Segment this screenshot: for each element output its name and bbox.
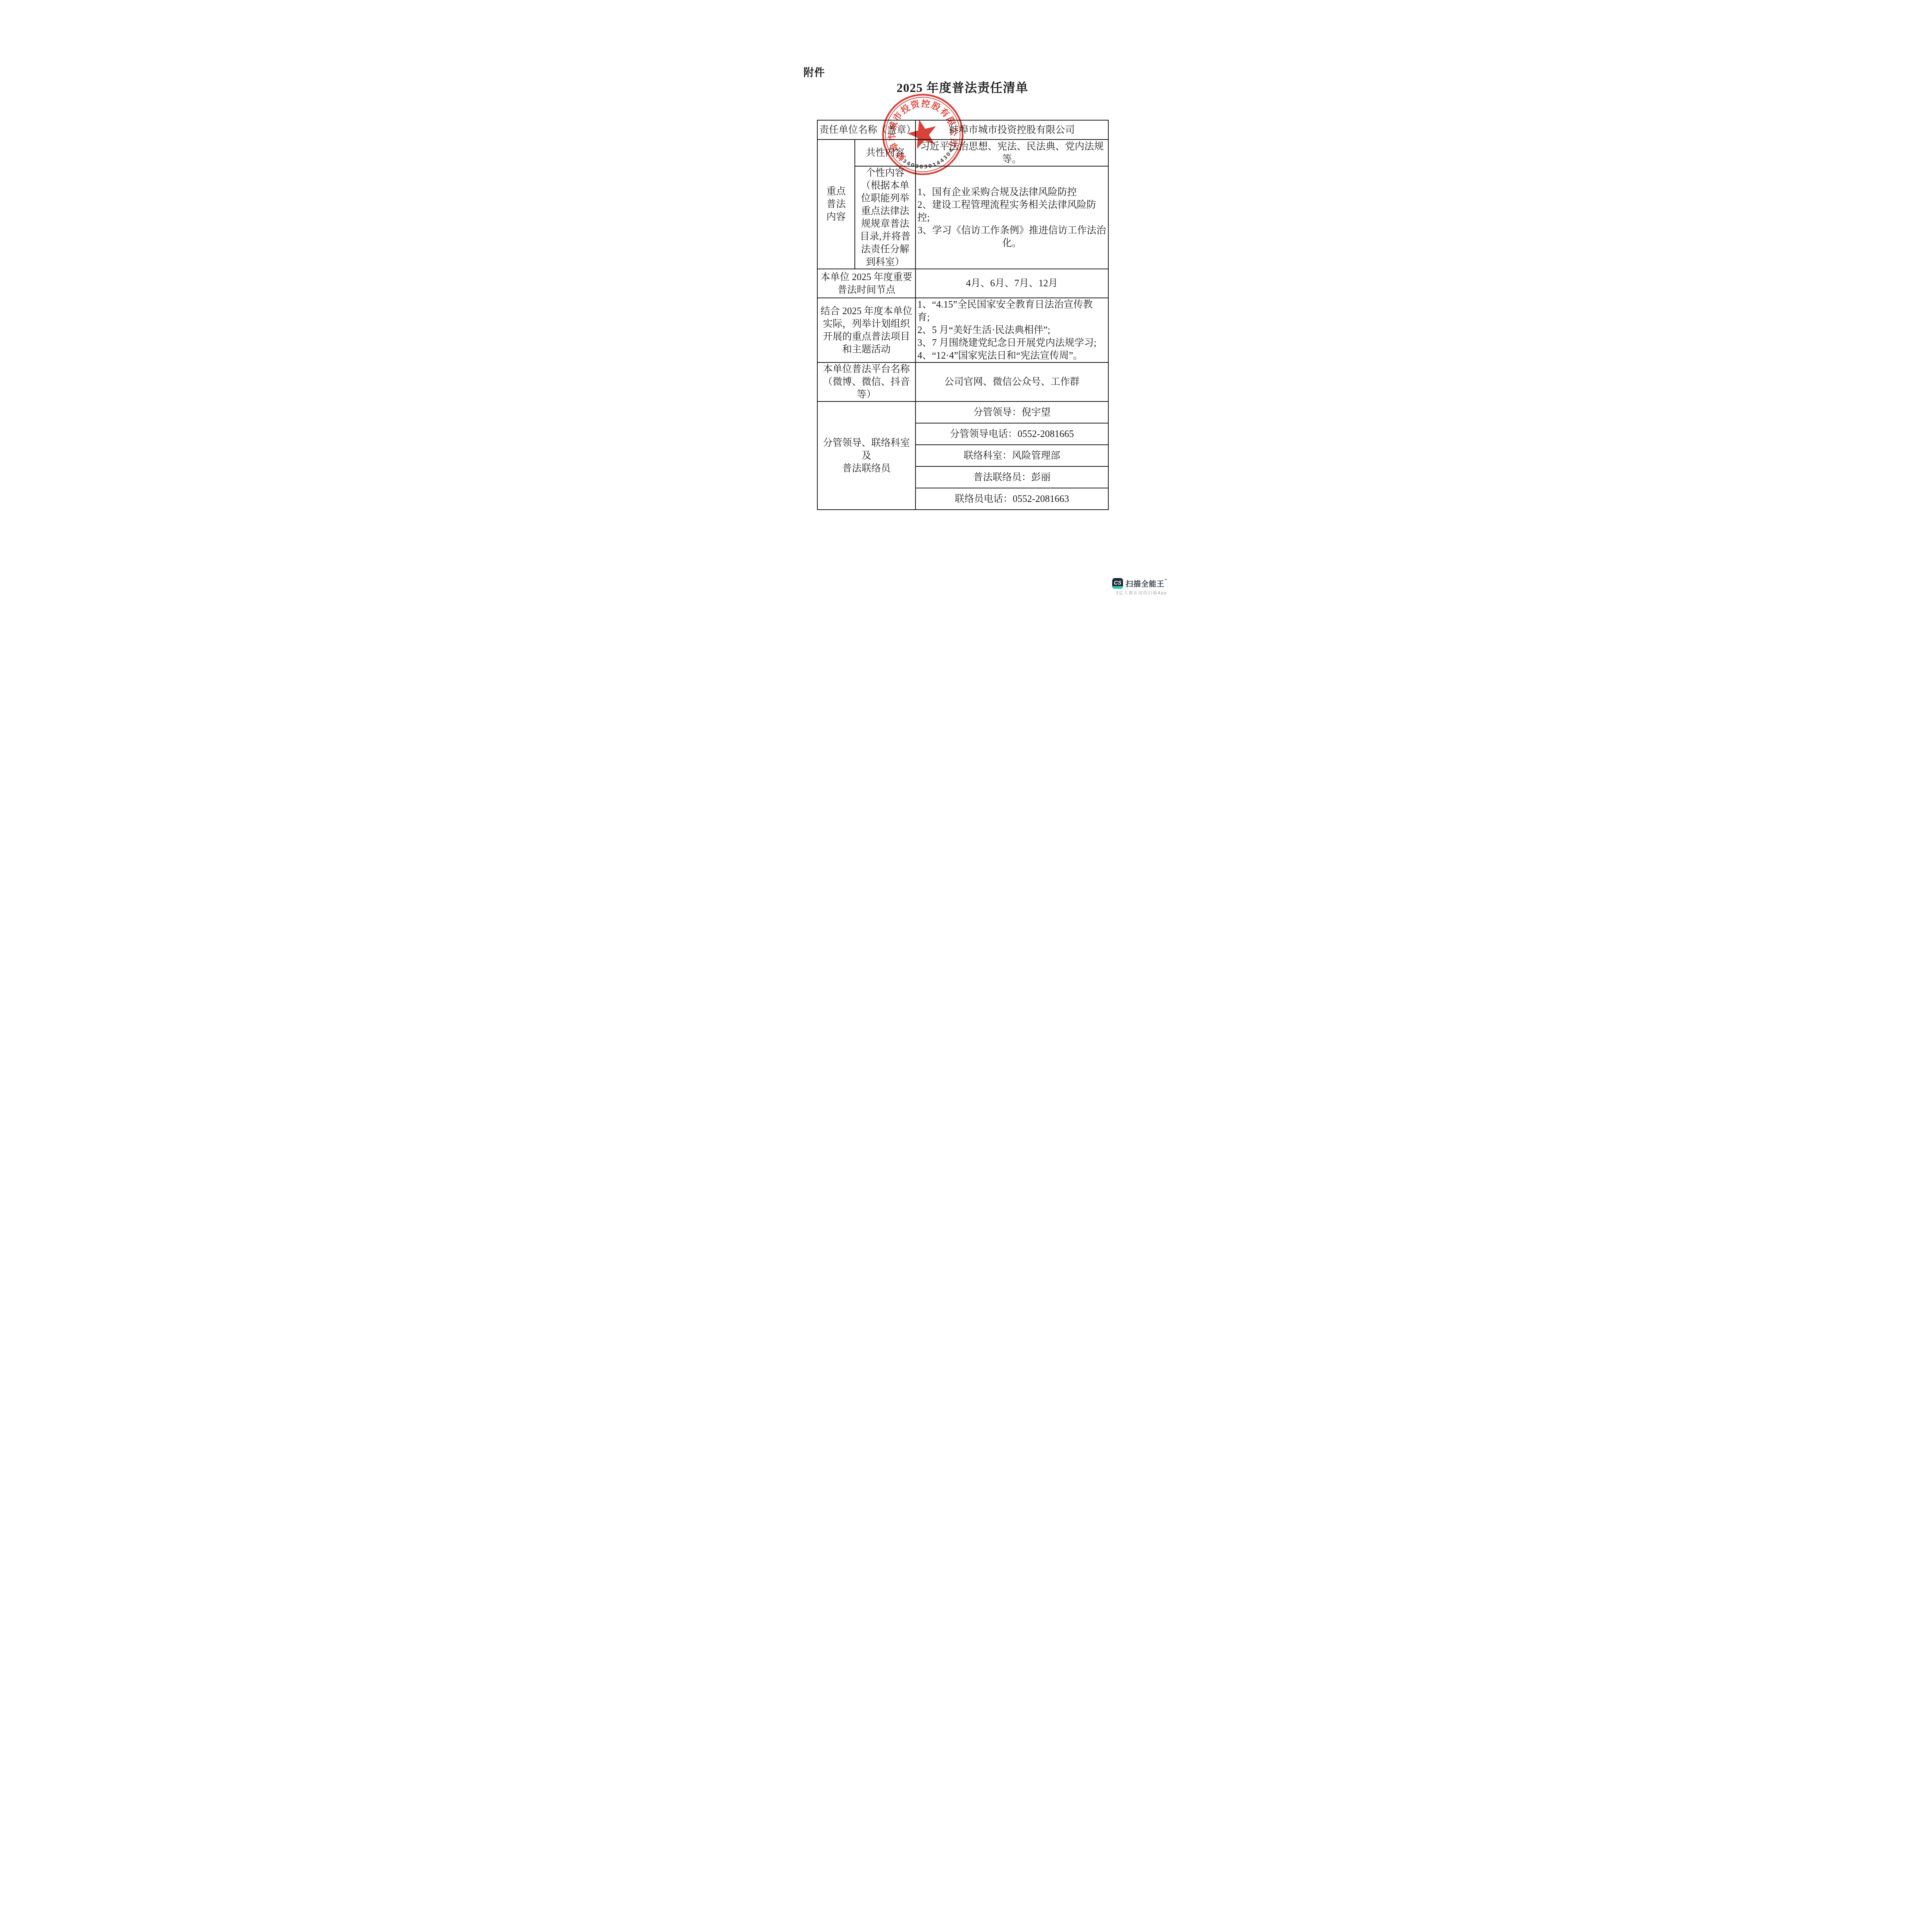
page-title: 2025 年度普法责任清单: [817, 78, 1108, 96]
list-item: 4、“12·4”国家宪法日和“宪法宣传周”。: [917, 349, 1106, 362]
unit-name-value: 蚌埠市城市投资控股有限公司: [915, 120, 1108, 139]
list-item: 1、国有企业采购合规及法律风险防控: [917, 186, 1106, 199]
common-content-label: 共性内容: [855, 139, 915, 166]
time-nodes-value: 4月、6月、7月、12月: [915, 269, 1108, 298]
list-item: 2、建设工程管理流程实务相关法律风险防 控;: [917, 199, 1106, 224]
platform-label: 本单位普法平台名称 （微博、微信、抖音 等）: [817, 362, 915, 401]
app-tagline: 3亿人都在用的扫描App: [1112, 590, 1171, 596]
table-row: 本单位 2025 年度重要 普法时间节点 4月、6月、7月、12月: [817, 269, 1108, 298]
watermark-row: CS 扫描全能王™: [1112, 578, 1171, 589]
table-row: 个性内容 （根据本单 位职能列举 重点法律法 规规章普法 目录,并将普 法责任分…: [817, 166, 1108, 269]
document-page: 附件 2025 年度普法责任清单 责任单位名称（盖章） 蚌埠市城市投资控股有限公…: [745, 0, 1171, 602]
individual-content-value: 1、国有企业采购合规及法律风险防控 2、建设工程管理流程实务相关法律风险防 控;…: [915, 166, 1108, 269]
contact-department: 联络科室：风险管理部: [915, 445, 1108, 466]
list-item: 2、5 月“美好生活·民法典相伴”;: [917, 324, 1106, 337]
individual-content-label: 个性内容 （根据本单 位职能列举 重点法律法 规规章普法 目录,并将普 法责任分…: [855, 166, 915, 269]
platform-value: 公司官网、微信公众号、工作群: [915, 362, 1108, 401]
contact-liaison-phone: 联络员电话：0552-2081663: [915, 488, 1108, 510]
table-row: 本单位普法平台名称 （微博、微信、抖音 等） 公司官网、微信公众号、工作群: [817, 362, 1108, 401]
camscanner-logo-icon: CS: [1112, 578, 1123, 589]
app-name: 扫描全能王™: [1126, 578, 1168, 589]
contact-leader-phone: 分管领导电话：0552-2081665: [915, 423, 1108, 445]
key-content-side-label: 重点 普法 内容: [817, 139, 855, 269]
app-name-text: 扫描全能王: [1126, 580, 1164, 588]
projects-label: 结合 2025 年度本单位 实际，列举计划组织 开展的重点普法项目 和主题活动: [817, 298, 915, 362]
table-row: 结合 2025 年度本单位 实际，列举计划组织 开展的重点普法项目 和主题活动 …: [817, 298, 1108, 362]
logo-cs-text: CS: [1114, 580, 1121, 585]
unit-name-label: 责任单位名称（盖章）: [817, 120, 915, 139]
contact-liaison: 普法联络员：彭丽: [915, 466, 1108, 488]
list-item: 1、“4.15”全民国家安全教育日法治宣传教 育;: [917, 298, 1106, 324]
table-row: 重点 普法 内容 共性内容 习近平法治思想、宪法、民法典、党内法规 等。: [817, 139, 1108, 166]
table-row: 责任单位名称（盖章） 蚌埠市城市投资控股有限公司: [817, 120, 1108, 139]
common-content-value: 习近平法治思想、宪法、民法典、党内法规 等。: [915, 139, 1108, 166]
list-item: 3、学习《信访工作条例》推进信访工作法治 化。: [917, 224, 1106, 250]
contact-leader: 分管领导：倪宇望: [915, 401, 1108, 423]
logo-teal-strip: [1112, 586, 1123, 589]
responsibility-table: 责任单位名称（盖章） 蚌埠市城市投资控股有限公司 重点 普法 内容 共性内容 习…: [817, 120, 1109, 510]
contacts-label: 分管领导、联络科室 及 普法联络员: [817, 401, 915, 510]
table-row: 分管领导、联络科室 及 普法联络员 分管领导：倪宇望: [817, 401, 1108, 423]
time-nodes-label: 本单位 2025 年度重要 普法时间节点: [817, 269, 915, 298]
trademark-symbol: ™: [1164, 578, 1168, 582]
attachment-label: 附件: [803, 64, 825, 79]
projects-value: 1、“4.15”全民国家安全教育日法治宣传教 育; 2、5 月“美好生活·民法典…: [915, 298, 1108, 362]
list-item: 3、7 月围绕建党纪念日开展党内法规学习;: [917, 337, 1106, 349]
camscanner-watermark: CS 扫描全能王™ 3亿人都在用的扫描App: [1112, 578, 1171, 596]
